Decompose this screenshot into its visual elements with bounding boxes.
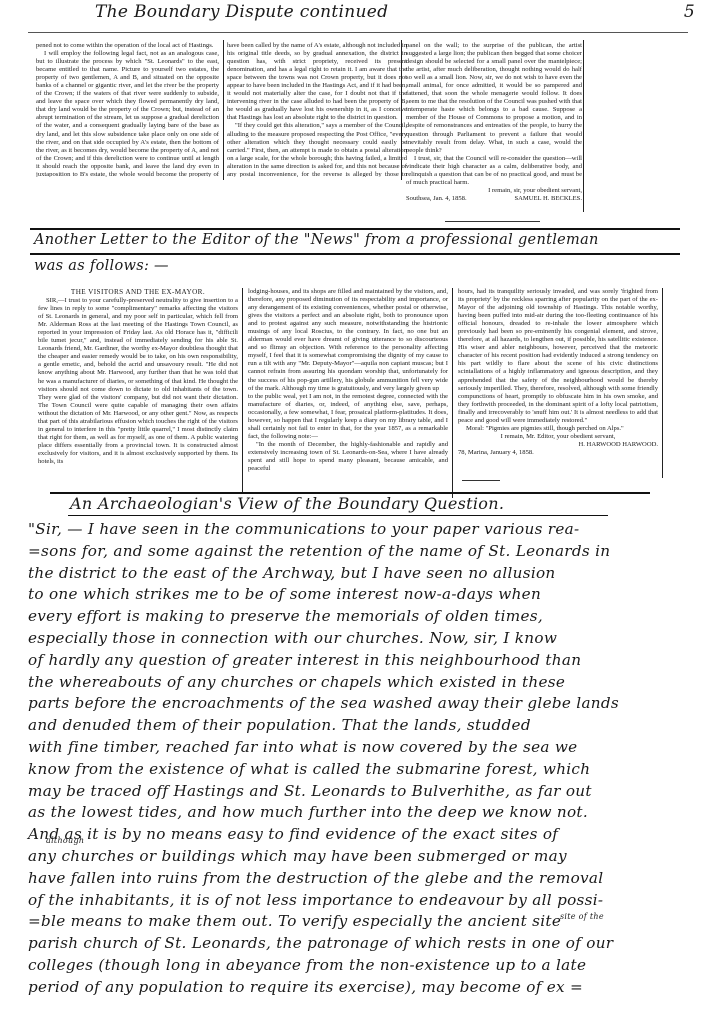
clipping-1-column-2: have been called by the name of A's esta… [227, 42, 407, 177]
manuscript-line: colleges (though long in abeyance from t… [28, 955, 708, 977]
clip2-end-rule [462, 480, 500, 481]
clip1-col1-para: I will employ the following legal fact, … [36, 50, 219, 177]
insertion-although: although [46, 836, 84, 845]
clip1-col3-para: I trust, sir, that the Council will re-c… [406, 155, 582, 187]
manuscript-line: the whereabouts of any churches or chape… [28, 672, 708, 694]
clip2-col2-para: lodging-houses, and its shops are filled… [248, 288, 448, 393]
heading-2-underline [30, 253, 680, 255]
manuscript-line: any churches or buildings which may have… [28, 846, 708, 868]
manuscript-line: especially those in connection with our … [28, 628, 708, 650]
manuscript-line: parts before the encroachments of the se… [28, 693, 708, 715]
heading-3-underline [68, 515, 608, 516]
clip2-closing: I remain, Mr. Editor, your obedient serv… [458, 433, 658, 441]
heading-2-line-1: Another Letter to the Editor of the "New… [34, 232, 599, 248]
manuscript-line: know from the existence of what is calle… [28, 759, 708, 781]
heading-3: An Archaeologian's View of the Boundary … [70, 494, 504, 513]
manuscript-line: with fine timber, reached far into what … [28, 737, 708, 759]
manuscript-line: parish church of St. Leonards, the patro… [28, 933, 708, 955]
clip2-signature: H. HARWOOD HARWOOD. [458, 441, 658, 449]
clip1-signature-row: Southsea, Jan. 4, 1858. SAMUEL H. BECKLE… [406, 195, 582, 203]
manuscript-line: =ble means to make them out. To verify e… [28, 911, 708, 933]
clip1-end-rule [445, 221, 540, 222]
column-rule [662, 288, 663, 478]
manuscript-line: the district to the east of the Archway,… [28, 563, 708, 585]
clip2-col2-para: to the public weal, yet I am not, in the… [248, 393, 448, 441]
clip2-col2-para: "In the month of December, the highly-fa… [248, 441, 448, 473]
column-rule [223, 40, 224, 180]
clip1-col2-para: "If they could get this alteration," say… [227, 122, 407, 177]
clip1-col2-para: have been called by the name of A's esta… [227, 42, 407, 122]
page-header-title: The Boundary Dispute continued [95, 2, 388, 22]
clipping-2-column-2: lodging-houses, and its shops are filled… [248, 288, 448, 498]
clip1-col1-para: pened not to come within the operation o… [36, 42, 219, 50]
column-rule [583, 40, 584, 212]
manuscript-line: may be traced off Hastings and St. Leona… [28, 781, 708, 803]
clip1-col3-para: panel on the wall; to the surprise of th… [406, 42, 582, 155]
heading-2-rule-top [30, 228, 680, 230]
insertion-site-of-the: site of the [560, 912, 604, 921]
manuscript-line: as the lowest tides, and how much furthe… [28, 802, 708, 824]
clipping-2-column-1: THE VISITORS AND THE EX-MAYOR. SIR,—I tr… [38, 288, 238, 488]
manuscript-line: and denuded them of their population. Th… [28, 715, 708, 737]
column-rule [401, 40, 402, 180]
manuscript-line: And as it is by no means easy to find ev… [28, 824, 708, 846]
page-number: 5 [684, 2, 695, 22]
manuscript-line: =sons for, and some against the retentio… [28, 541, 708, 563]
clip2-place-date: 78, Marina, January 4, 1858. [458, 449, 658, 457]
page-header: The Boundary Dispute continued 5 [95, 2, 695, 24]
clip2-title: THE VISITORS AND THE EX-MAYOR. [38, 288, 238, 296]
manuscript-line: of the inhabitants, it is of not less im… [28, 890, 708, 912]
manuscript-line: to one which strikes me to be of some in… [28, 584, 708, 606]
clipping-1-column-3: panel on the wall; to the surprise of th… [406, 42, 582, 204]
clipping-2-column-3: hours, had its tranquility seriously inv… [458, 288, 658, 476]
header-rule [28, 32, 688, 33]
manuscript-line: of hardly any question of greater intere… [28, 650, 708, 672]
clip2-col1-para: SIR,—I trust to your carefully-preserved… [38, 297, 238, 466]
manuscript-body: "Sir, — I have seen in the communication… [28, 519, 708, 999]
heading-2-line-2: was as follows: — [34, 258, 169, 274]
manuscript-line: "Sir, — I have seen in the communication… [28, 519, 708, 541]
clipping-1-column-1: pened not to come within the operation o… [36, 42, 219, 177]
manuscript-line: period of any population to require its … [28, 977, 708, 999]
clip1-signature: SAMUEL H. BECKLES. [514, 195, 582, 203]
manuscript-line: every effort is making to preserve the m… [28, 606, 708, 628]
manuscript-line: have fallen into ruins from the destruct… [28, 868, 708, 890]
column-rule [242, 288, 243, 493]
clip2-col3-para: hours, had its tranquility seriously inv… [458, 288, 658, 425]
clip2-moral: Moral: "Pigmies are pigmies still, thoug… [458, 425, 658, 433]
clip1-place-date: Southsea, Jan. 4, 1858. [406, 195, 467, 203]
column-rule [452, 288, 453, 498]
clip1-closing: I remain, sir, your obedient servant, [406, 187, 582, 195]
